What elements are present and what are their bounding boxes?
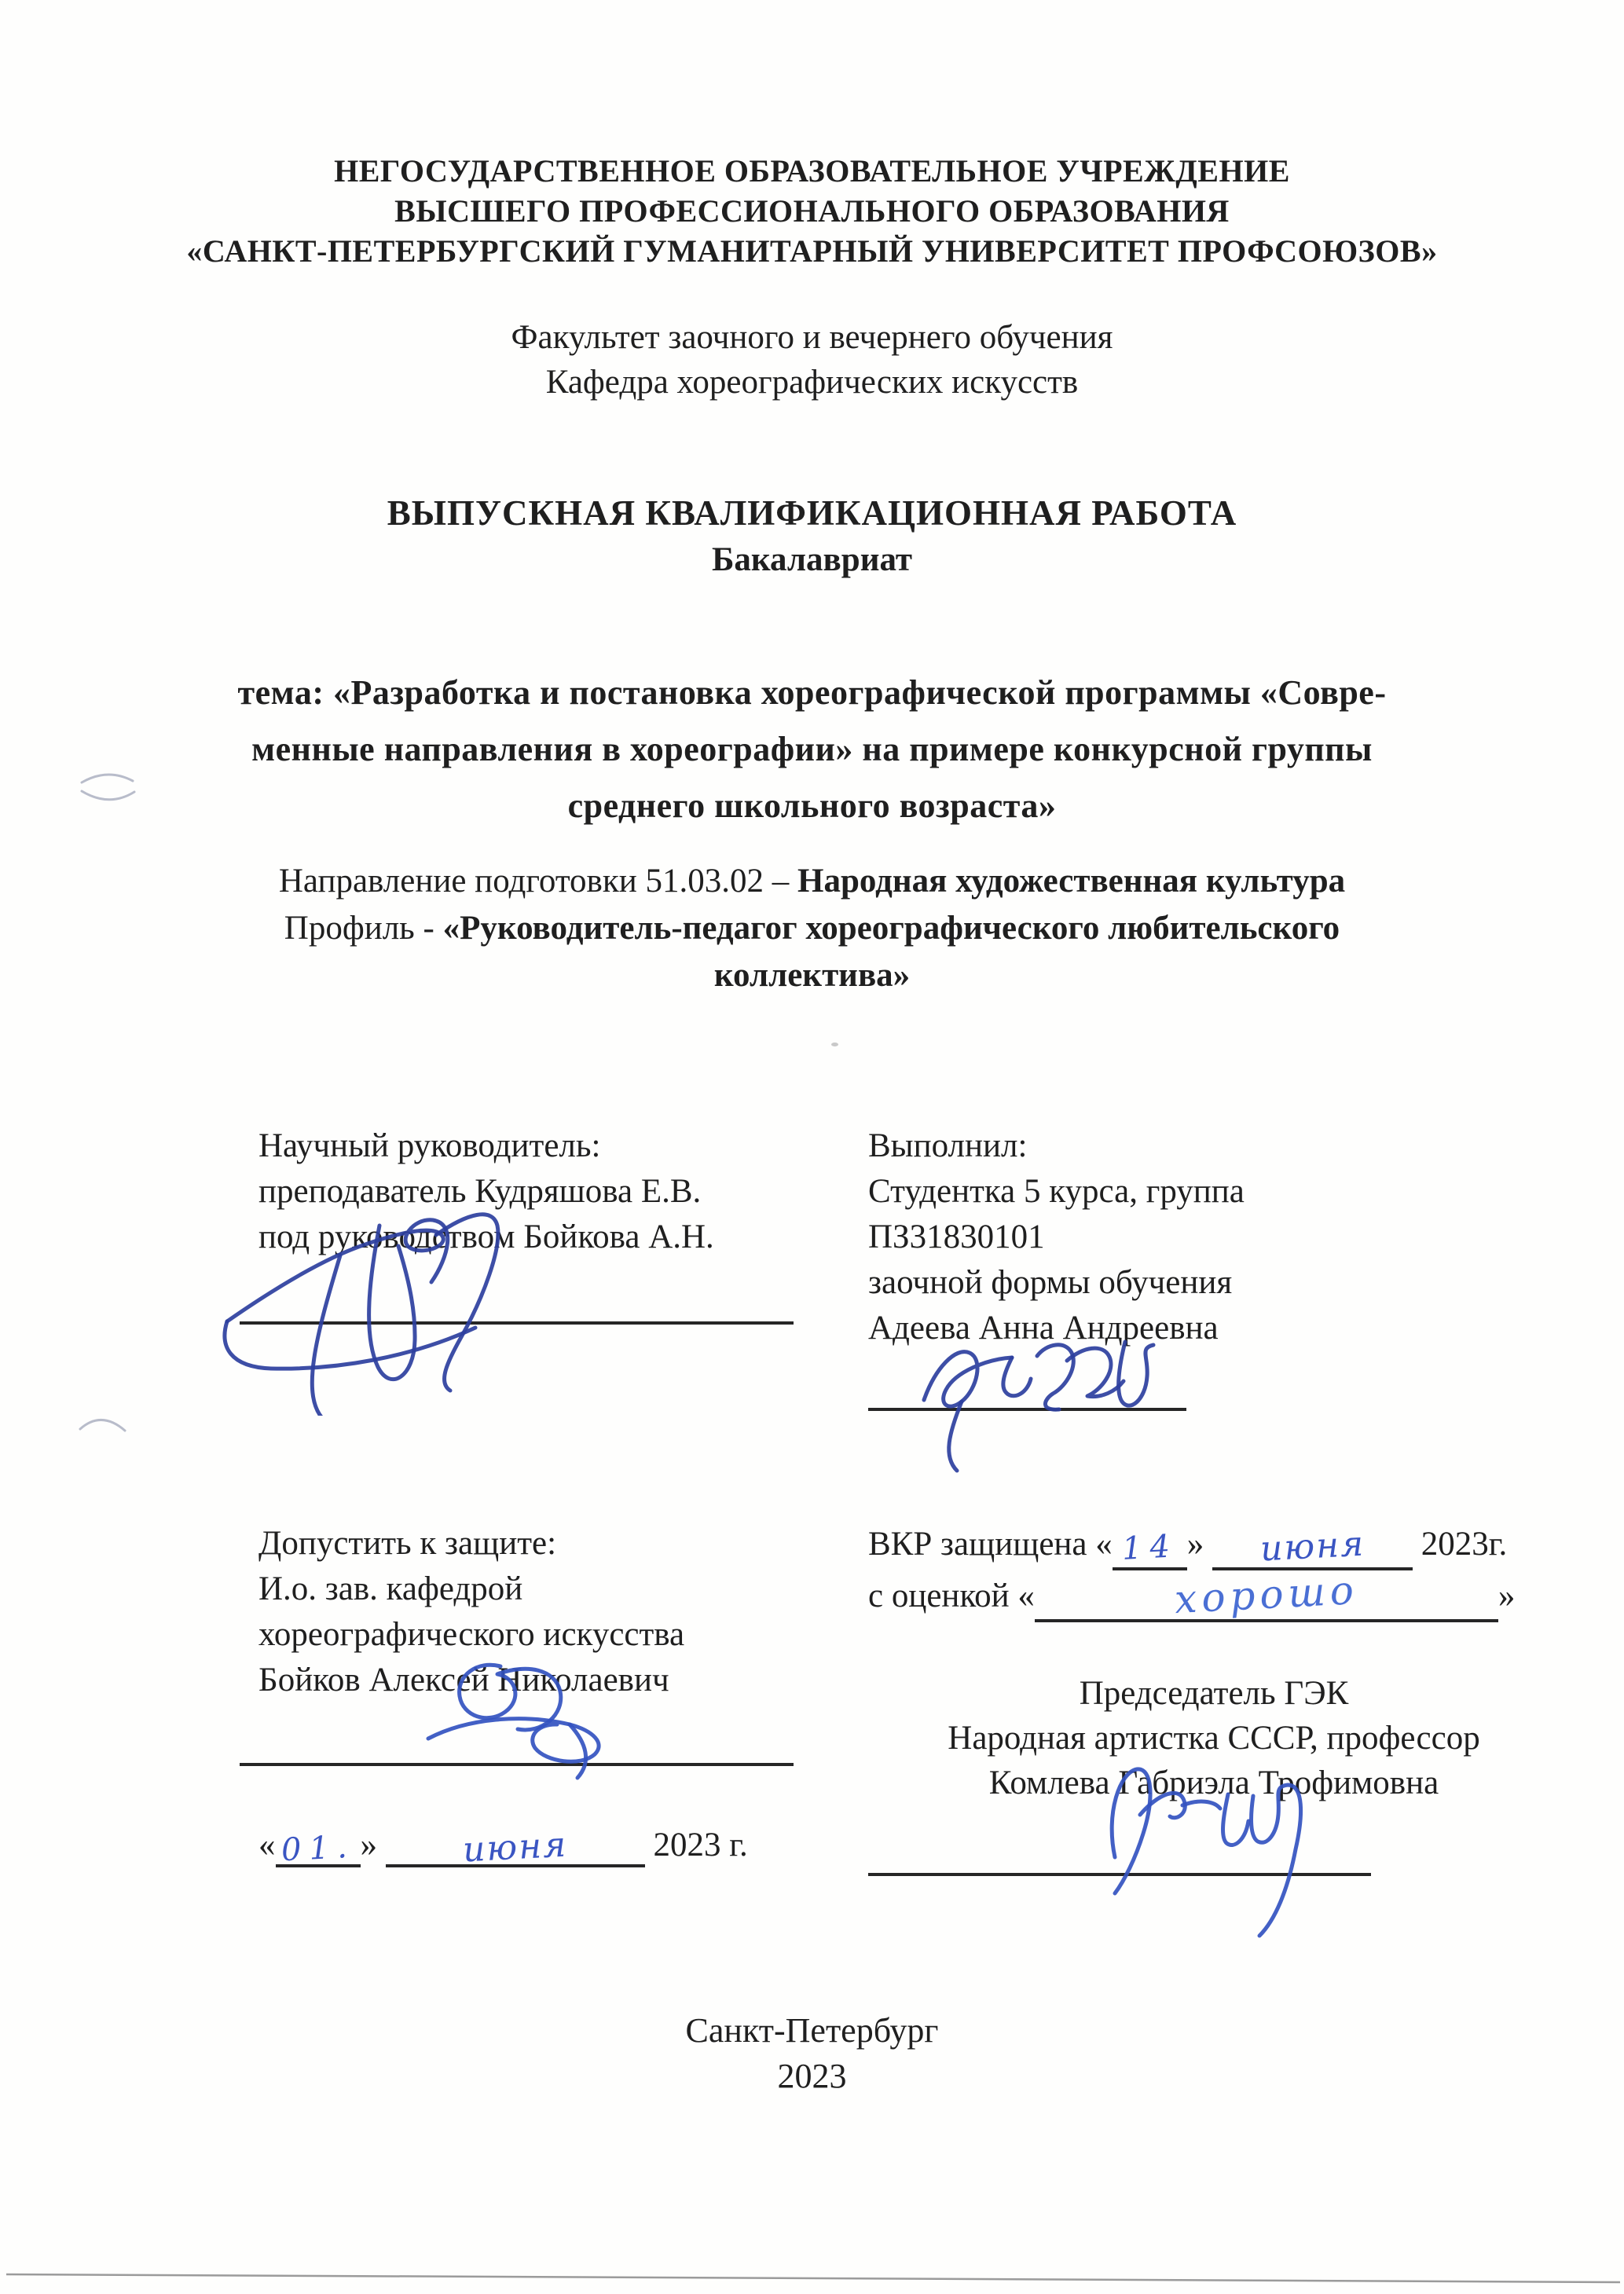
admission-signer-name: Бойков Алексей Николаевич	[240, 1658, 794, 1703]
profile-label: Профиль -	[284, 910, 443, 947]
footer-year: 2023	[0, 2054, 1624, 2099]
org-name-line3: «САНКТ-ПЕТЕРБУРГСКИЙ ГУМАНИТАРНЫЙ УНИВЕР…	[0, 231, 1624, 271]
quote-open: «	[1017, 1578, 1035, 1614]
supervisor-line1: преподаватель Кудряшова Е.В.	[240, 1169, 794, 1215]
org-name-line2: ВЫСШЕГО ПРОФЕССИОНАЛЬНОГО ОБРАЗОВАНИЯ	[0, 191, 1624, 231]
people-section: Научный руководитель: преподаватель Кудр…	[0, 1123, 1624, 1411]
admission-month-handwriting: июня	[462, 1825, 569, 1871]
grade-handwriting: хорошо	[1174, 1567, 1360, 1622]
grade-row: с оценкой «хорошо»	[868, 1570, 1560, 1622]
quote-close: »	[361, 1827, 378, 1863]
profile-line2: коллектива»	[0, 952, 1624, 999]
grade-prefix: с оценкой	[868, 1578, 1017, 1614]
chair-signature-line	[868, 1873, 1371, 1876]
faculty-name: Факультет заочного и вечернего обучения	[0, 315, 1624, 360]
author-title: Выполнил:	[868, 1123, 1560, 1169]
author-line3: заочной формы обучения	[868, 1260, 1560, 1306]
degree-level: Бакалавриат	[0, 537, 1624, 584]
direction-line: Направление подготовки 51.03.02 – Народн…	[0, 858, 1624, 905]
direction-block: Направление подготовки 51.03.02 – Народн…	[0, 858, 1624, 999]
quote-close: »	[1498, 1578, 1516, 1614]
admission-month-blank: июня	[386, 1824, 645, 1867]
profile-value: «Руководитель-педагог хореографического …	[443, 910, 1340, 947]
defense-day-handwriting: 14	[1120, 1523, 1179, 1572]
defense-date-row: ВКР защищена «14» июня 2023г.	[868, 1521, 1560, 1570]
admission-title: Допустить к защите:	[240, 1521, 794, 1567]
theme-line1: тема: «Разработка и постановка хореограф…	[0, 665, 1624, 721]
scan-artifact-arc	[77, 1408, 129, 1436]
admission-date-row: «01.» июня 2023 г.	[240, 1824, 794, 1867]
author-line1: Студентка 5 курса, группа	[868, 1169, 1560, 1215]
admission-position1: И.о. зав. кафедрой	[240, 1567, 794, 1612]
author-name: Адеева Анна Андреевна	[868, 1306, 1560, 1351]
paper-edge-line	[0, 2267, 1624, 2288]
defense-prefix: ВКР защищена	[868, 1526, 1095, 1563]
footer-block: Санкт-Петербург 2023	[0, 2008, 1624, 2099]
supervisor-column: Научный руководитель: преподаватель Кудр…	[240, 1123, 794, 1325]
defense-month-blank: июня	[1212, 1521, 1413, 1570]
chair-rank: Народная артистка СССР, профессор	[868, 1716, 1560, 1761]
work-type: ВЫПУСКНАЯ КВАЛИФИКАЦИОННАЯ РАБОТА	[0, 489, 1624, 537]
theme-line3: среднего школьного возраста»	[0, 778, 1624, 834]
author-signature-line	[868, 1408, 1186, 1411]
supervisor-title: Научный руководитель:	[240, 1123, 794, 1169]
defense-month-handwriting: июня	[1259, 1522, 1366, 1573]
approval-section: Допустить к защите: И.о. зав. кафедрой х…	[0, 1521, 1624, 1876]
department-name: Кафедра хореографических искусств	[0, 360, 1624, 405]
defense-year: 2023г.	[1421, 1526, 1508, 1563]
direction-label: Направление подготовки 51.03.02 –	[279, 863, 797, 900]
org-name-line1: НЕГОСУДАРСТВЕННОЕ ОБРАЗОВАТЕЛЬНОЕ УЧРЕЖД…	[0, 151, 1624, 191]
theme-block: тема: «Разработка и постановка хореограф…	[0, 665, 1624, 834]
quote-close: »	[1187, 1526, 1204, 1563]
admission-day-handwriting: 01.	[280, 1829, 356, 1869]
chair-name: Комлева Габриэла Трофимовна	[868, 1761, 1560, 1805]
chair-title: Председатель ГЭК	[868, 1671, 1560, 1716]
grade-blank: хорошо	[1035, 1570, 1498, 1622]
author-column: Выполнил: Студентка 5 курса, группа ПЗ31…	[868, 1123, 1560, 1411]
university-header: НЕГОСУДАРСТВЕННОЕ ОБРАЗОВАТЕЛЬНОЕ УЧРЕЖД…	[0, 0, 1624, 271]
quote-open: «	[258, 1827, 276, 1863]
admission-column: Допустить к защите: И.о. зав. кафедрой х…	[240, 1521, 794, 1867]
admission-year: 2023 г.	[654, 1827, 748, 1863]
scan-speck	[831, 1043, 838, 1046]
direction-value: Народная художественная культура	[797, 863, 1345, 900]
supervisor-line2: под руководством Бойкова А.Н.	[240, 1215, 794, 1260]
admission-signature-line	[240, 1763, 794, 1766]
faculty-block: Факультет заочного и вечернего обучения …	[0, 315, 1624, 405]
scan-artifact-arc-pair	[77, 766, 140, 812]
admission-position2: хореографического искусства	[240, 1612, 794, 1658]
defense-day-blank: 14	[1113, 1522, 1187, 1570]
admission-day-blank: 01.	[276, 1826, 361, 1867]
footer-city: Санкт-Петербург	[0, 2008, 1624, 2054]
profile-line1: Профиль - «Руководитель-педагог хореогра…	[0, 905, 1624, 952]
thesis-title-page: НЕГОСУДАРСТВЕННОЕ ОБРАЗОВАТЕЛЬНОЕ УЧРЕЖД…	[0, 0, 1624, 2294]
defense-column: ВКР защищена «14» июня 2023г. с оценкой …	[868, 1521, 1560, 1876]
quote-open: «	[1095, 1526, 1113, 1563]
author-group: ПЗ31830101	[868, 1215, 1560, 1260]
supervisor-signature-line	[240, 1321, 794, 1325]
theme-line2: менные направления в хореографии» на при…	[0, 721, 1624, 778]
work-title-block: ВЫПУСКНАЯ КВАЛИФИКАЦИОННАЯ РАБОТА Бакала…	[0, 489, 1624, 584]
chair-block: Председатель ГЭК Народная артистка СССР,…	[868, 1671, 1560, 1805]
